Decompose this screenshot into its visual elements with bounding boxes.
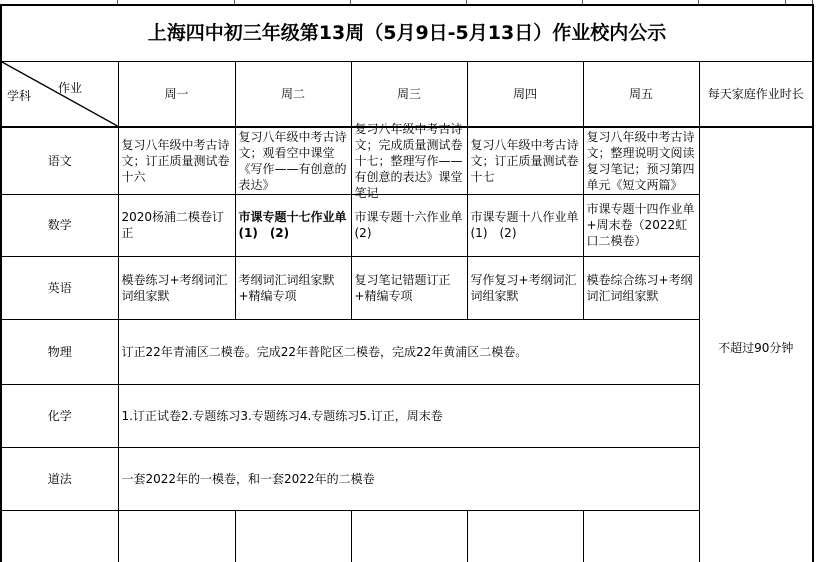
homework-cell[interactable]: 市课专题十六作业单 (2): [351, 194, 467, 256]
homework-overflow-text: 复习八年级中考古诗文；完成质量测试卷十七；整理写作——有创意的表达》课堂笔记: [355, 121, 465, 201]
day-header-fri[interactable]: 周五: [583, 61, 699, 127]
homework-cell[interactable]: [235, 510, 351, 562]
subject-cell-empty[interactable]: [1, 510, 118, 562]
homework-cell-bold[interactable]: 市课专题十七作业单 (1) (2): [235, 194, 351, 256]
homework-cell[interactable]: 市课专题十八作业单 (1) (2): [467, 194, 583, 256]
homework-cell[interactable]: 复习笔记错题订正+精编专项: [351, 256, 467, 319]
corner-subject-label: 学科: [7, 88, 31, 104]
homework-cell-overflow[interactable]: 复习八年级中考古诗文；完成质量测试卷十七；整理写作——有创意的表达》课堂笔记: [351, 127, 467, 195]
homework-cell[interactable]: 模卷练习+考纲词汇词组家默: [118, 256, 235, 319]
table-row: 语文 复习八年级中考古诗文；订正质量测试卷十六 复习八年级中考古诗文；观看空中课…: [1, 127, 813, 195]
homework-cell[interactable]: [583, 510, 699, 562]
day-header-thu[interactable]: 周四: [467, 61, 583, 127]
subject-cell-english[interactable]: 英语: [1, 256, 118, 319]
subject-cell-chinese[interactable]: 语文: [1, 127, 118, 195]
table-row: 英语 模卷练习+考纲词汇词组家默 考纲词汇词组家默+精编专项 复习笔记错题订正+…: [1, 256, 813, 319]
table-row: 数学 2020杨浦二模卷订正 市课专题十七作业单 (1) (2) 市课专题十六作…: [1, 194, 813, 256]
subject-cell-chemistry[interactable]: 化学: [1, 384, 118, 447]
homework-table: 上海四中初三年级第13周（5月9日-5月13日）作业校内公示 学科 作业 周一 …: [0, 4, 814, 562]
corner-cell[interactable]: 学科 作业: [1, 61, 118, 127]
day-header-mon[interactable]: 周一: [118, 61, 235, 127]
table-row: 物理 订正22年青浦区二模卷。完成22年普陀区二模卷，完成22年黄浦区二模卷。: [1, 319, 813, 384]
table-title: 上海四中初三年级第13周（5月9日-5月13日）作业校内公示: [1, 5, 813, 61]
homework-cell[interactable]: 复习八年级中考古诗文；订正质量测试卷十七: [467, 127, 583, 195]
spreadsheet-canvas: 上海四中初三年级第13周（5月9日-5月13日）作业校内公示 学科 作业 周一 …: [0, 0, 816, 562]
homework-cell-merged[interactable]: 一套2022年的一模卷，和一套2022年的二模卷: [118, 447, 699, 510]
duration-value-cell[interactable]: 不超过90分钟: [699, 127, 813, 562]
duration-header[interactable]: 每天家庭作业时长: [699, 61, 813, 127]
homework-cell[interactable]: 复习八年级中考古诗文；整理说明文阅读复习笔记；预习第四单元《短文两篇》: [583, 127, 699, 195]
table-row: [1, 510, 813, 562]
day-header-tue[interactable]: 周二: [235, 61, 351, 127]
table-row: 道法 一套2022年的一模卷，和一套2022年的二模卷: [1, 447, 813, 510]
subject-cell-morality[interactable]: 道法: [1, 447, 118, 510]
homework-cell-merged[interactable]: 订正22年青浦区二模卷。完成22年普陀区二模卷，完成22年黄浦区二模卷。: [118, 319, 699, 384]
homework-cell[interactable]: 考纲词汇词组家默+精编专项: [235, 256, 351, 319]
homework-cell[interactable]: 市课专题十四作业单+周末卷（2022虹口二模卷）: [583, 194, 699, 256]
homework-cell[interactable]: [351, 510, 467, 562]
homework-cell[interactable]: 复习八年级中考古诗文；订正质量测试卷十六: [118, 127, 235, 195]
corner-homework-label: 作业: [58, 80, 82, 96]
subject-cell-physics[interactable]: 物理: [1, 319, 118, 384]
homework-cell[interactable]: [118, 510, 235, 562]
homework-cell[interactable]: 复习八年级中考古诗文；观看空中课堂《写作——有创意的表达》: [235, 127, 351, 195]
homework-cell[interactable]: [467, 510, 583, 562]
homework-cell[interactable]: 写作复习+考纲词汇词组家默: [467, 256, 583, 319]
homework-cell[interactable]: 2020杨浦二模卷订正: [118, 194, 235, 256]
homework-cell[interactable]: 模卷综合练习+考纲词汇词组家默: [583, 256, 699, 319]
subject-cell-math[interactable]: 数学: [1, 194, 118, 256]
homework-cell-merged[interactable]: 1.订正试卷2.专题练习3.专题练习4.专题练习5.订正，周末卷: [118, 384, 699, 447]
table-row: 化学 1.订正试卷2.专题练习3.专题练习4.专题练习5.订正，周末卷: [1, 384, 813, 447]
day-header-wed[interactable]: 周三: [351, 61, 467, 127]
